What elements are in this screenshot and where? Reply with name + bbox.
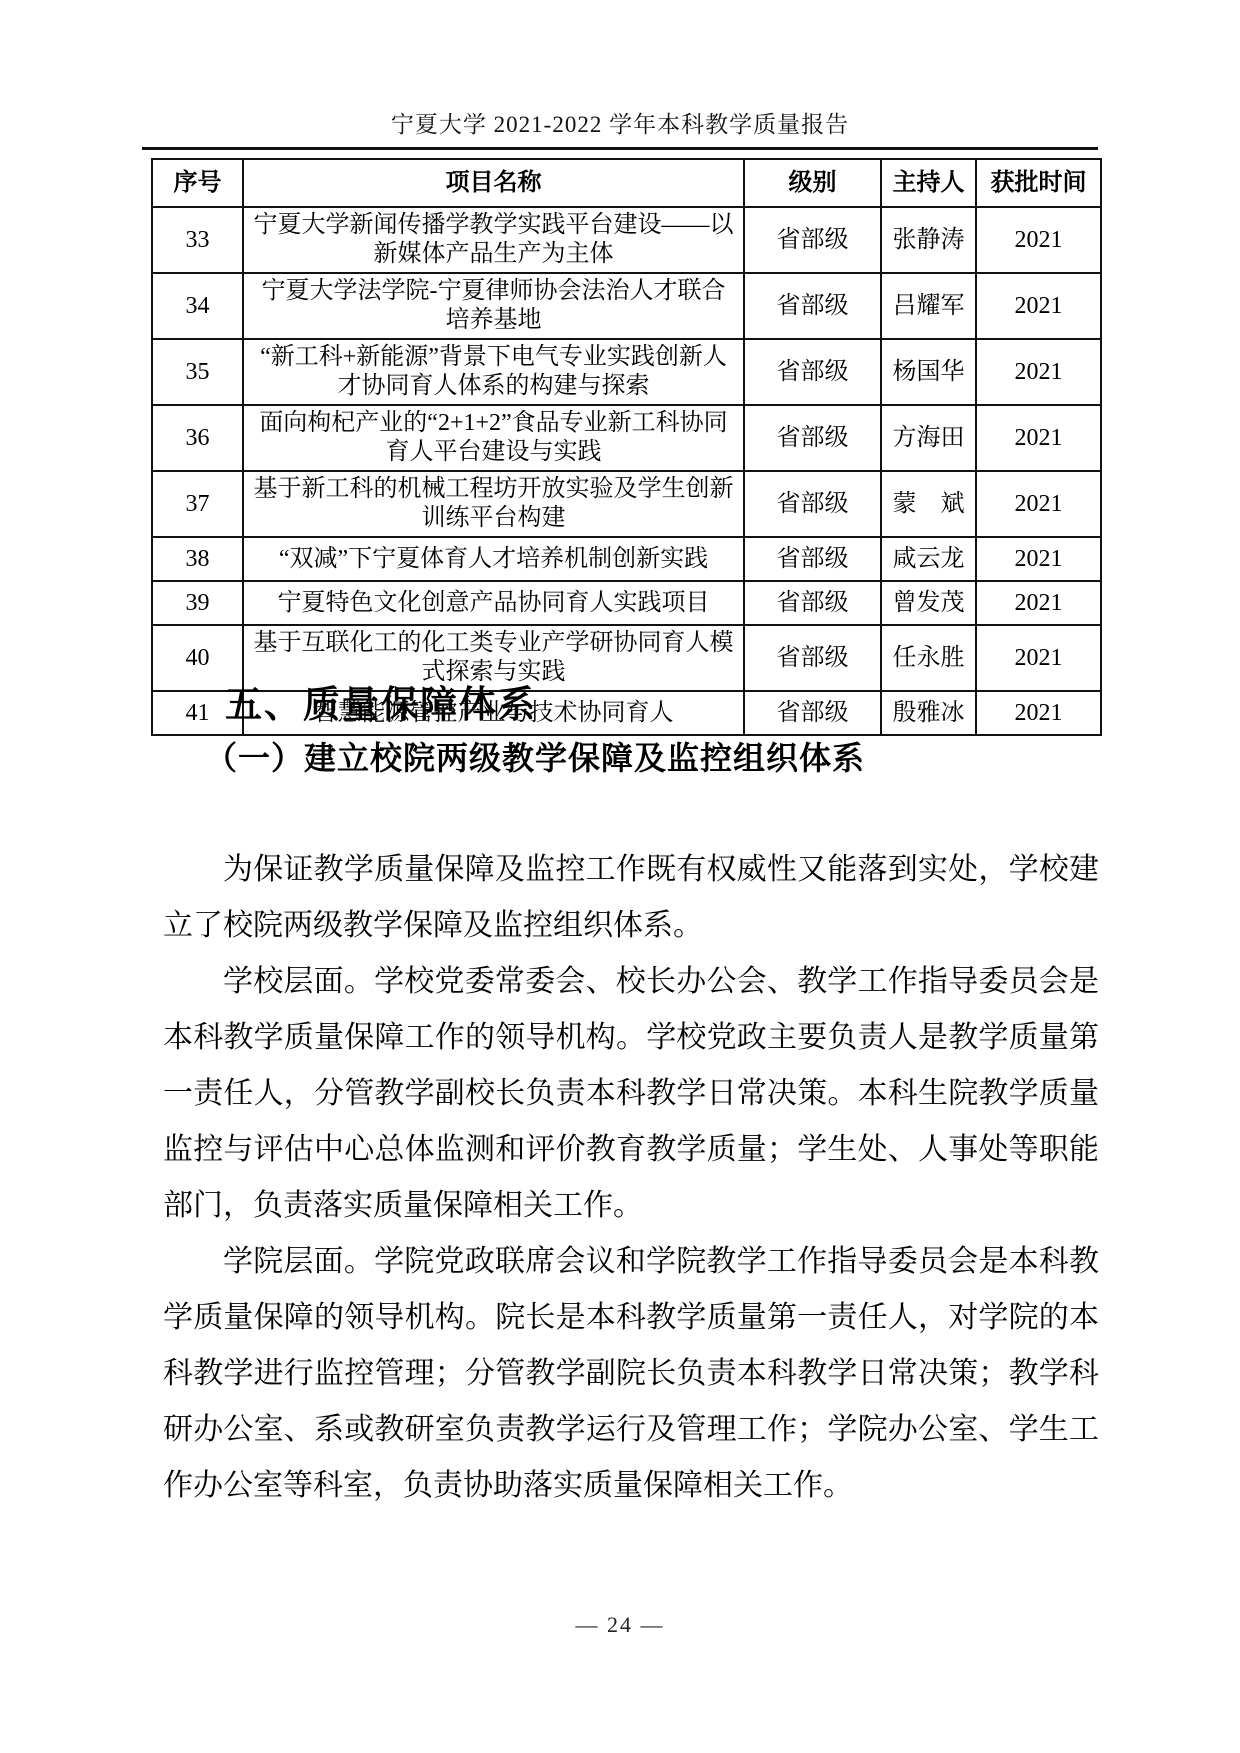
cell-level: 省部级	[744, 207, 881, 273]
table-row: 39 宁夏特色文化创意产品协同育人实践项目 省部级 曾发茂 2021	[152, 581, 1101, 625]
table-header-row: 序号 项目名称 级别 主持人 获批时间	[152, 159, 1101, 207]
paragraph: 为保证教学质量保障及监控工作既有权威性又能落到实处，学校建立了校院两级教学保障及…	[163, 842, 1099, 954]
cell-no: 39	[152, 581, 243, 625]
running-head-title: 宁夏大学 2021-2022 学年本科教学质量报告	[0, 106, 1240, 139]
cell-no: 33	[152, 207, 243, 273]
cell-host: 咸云龙	[881, 537, 976, 581]
cell-level: 省部级	[744, 405, 881, 471]
cell-no: 37	[152, 471, 243, 537]
document-page: 宁夏大学 2021-2022 学年本科教学质量报告 序号 项目名称 级别 主持人…	[0, 0, 1240, 1753]
cell-host: 任永胜	[881, 625, 976, 691]
sub-section-heading: （一）建立校院两级教学保障及监控组织体系	[205, 733, 865, 779]
table-row: 38 “双减”下宁夏体育人才培养机制创新实践 省部级 咸云龙 2021	[152, 537, 1101, 581]
cell-no: 34	[152, 273, 243, 339]
cell-host: 曾发茂	[881, 581, 976, 625]
cell-no: 38	[152, 537, 243, 581]
projects-table: 序号 项目名称 级别 主持人 获批时间 33 宁夏大学新闻传播学教学实践平台建设…	[151, 158, 1102, 736]
cell-year: 2021	[976, 471, 1101, 537]
cell-year: 2021	[976, 273, 1101, 339]
page-number: — 24 —	[0, 1612, 1240, 1638]
cell-level: 省部级	[744, 471, 881, 537]
section-heading: 五、质量保障体系	[225, 674, 537, 728]
cell-name: 宁夏大学新闻传播学教学实践平台建设——以新媒体产品生产为主体	[243, 207, 744, 273]
cell-level: 省部级	[744, 339, 881, 405]
cell-level: 省部级	[744, 581, 881, 625]
cell-no: 36	[152, 405, 243, 471]
table-row: 36 面向枸杞产业的“2+1+2”食品专业新工科协同育人平台建设与实践 省部级 …	[152, 405, 1101, 471]
cell-year: 2021	[976, 339, 1101, 405]
cell-year: 2021	[976, 691, 1101, 735]
cell-name: “双减”下宁夏体育人才培养机制创新实践	[243, 537, 744, 581]
cell-host: 殷雅冰	[881, 691, 976, 735]
cell-host: 杨国华	[881, 339, 976, 405]
running-head-rule	[142, 147, 1098, 150]
paragraph: 学校层面。学校党委常委会、校长办公会、教学工作指导委员会是本科教学质量保障工作的…	[163, 954, 1099, 1234]
table-row: 34 宁夏大学法学院-宁夏律师协会法治人才联合培养基地 省部级 吕耀军 2021	[152, 273, 1101, 339]
cell-name: 宁夏特色文化创意产品协同育人实践项目	[243, 581, 744, 625]
cell-year: 2021	[976, 537, 1101, 581]
cell-host: 方海田	[881, 405, 976, 471]
column-header-level: 级别	[744, 159, 881, 207]
table-row: 33 宁夏大学新闻传播学教学实践平台建设——以新媒体产品生产为主体 省部级 张静…	[152, 207, 1101, 273]
column-header-no: 序号	[152, 159, 243, 207]
cell-year: 2021	[976, 625, 1101, 691]
body-text-block: 为保证教学质量保障及监控工作既有权威性又能落到实处，学校建立了校院两级教学保障及…	[163, 842, 1099, 1514]
cell-level: 省部级	[744, 691, 881, 735]
cell-name: 基于新工科的机械工程坊开放实验及学生创新训练平台构建	[243, 471, 744, 537]
cell-host: 吕耀军	[881, 273, 976, 339]
cell-no: 35	[152, 339, 243, 405]
cell-level: 省部级	[744, 625, 881, 691]
cell-level: 省部级	[744, 273, 881, 339]
paragraph: 学院层面。学院党政联席会议和学院教学工作指导委员会是本科教学质量保障的领导机构。…	[163, 1234, 1099, 1514]
table-row: 37 基于新工科的机械工程坊开放实验及学生创新训练平台构建 省部级 蒙 斌 20…	[152, 471, 1101, 537]
cell-year: 2021	[976, 581, 1101, 625]
column-header-host: 主持人	[881, 159, 976, 207]
cell-level: 省部级	[744, 537, 881, 581]
cell-name: “新工科+新能源”背景下电气专业实践创新人才协同育人体系的构建与探索	[243, 339, 744, 405]
column-header-name: 项目名称	[243, 159, 744, 207]
cell-name: 面向枸杞产业的“2+1+2”食品专业新工科协同育人平台建设与实践	[243, 405, 744, 471]
cell-year: 2021	[976, 405, 1101, 471]
cell-host: 蒙 斌	[881, 471, 976, 537]
column-header-year: 获批时间	[976, 159, 1101, 207]
cell-year: 2021	[976, 207, 1101, 273]
cell-name: 宁夏大学法学院-宁夏律师协会法治人才联合培养基地	[243, 273, 744, 339]
cell-host: 张静涛	[881, 207, 976, 273]
table-row: 35 “新工科+新能源”背景下电气专业实践创新人才协同育人体系的构建与探索 省部…	[152, 339, 1101, 405]
